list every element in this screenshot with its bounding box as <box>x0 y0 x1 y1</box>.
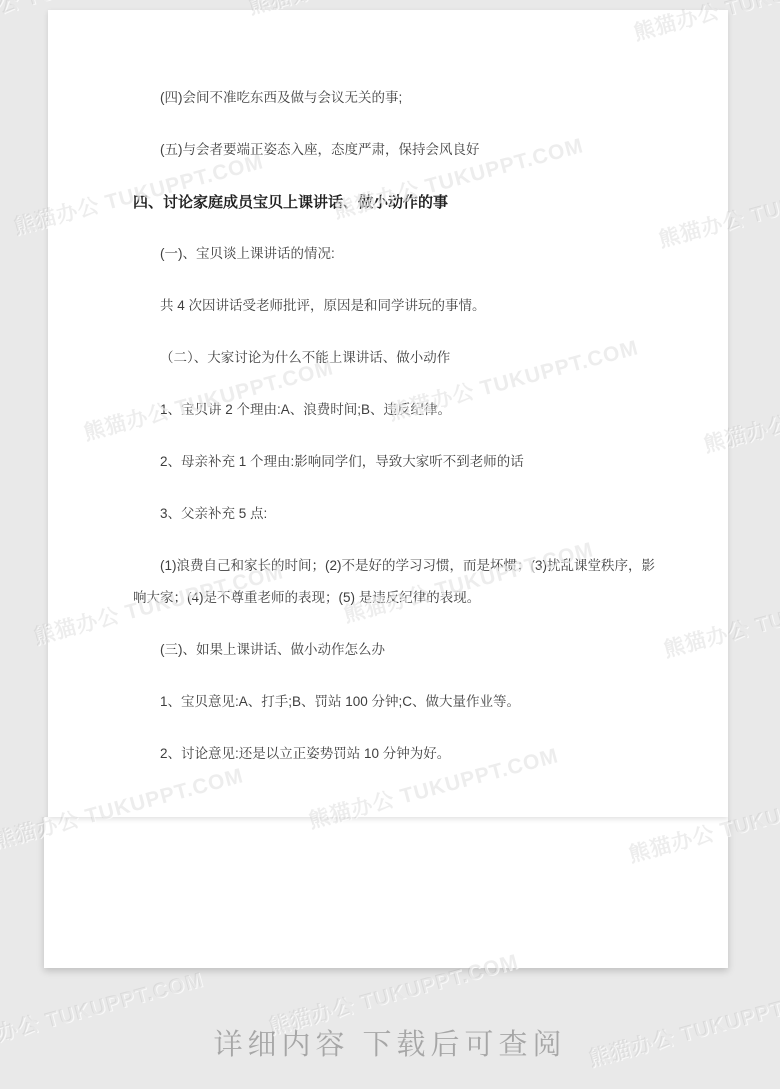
section-heading: 四、讨论家庭成员宝贝上课讲话、做小动作的事 <box>133 186 678 219</box>
document-paragraph: 2、母亲补充 1 个理由:影响同学们，导致大家听不到老师的话 <box>133 446 678 478</box>
document-paragraph: (三)、如果上课讲话、做小动作怎么办 <box>133 634 678 666</box>
document-paragraph: (1)浪费自己和家长的时间；(2)不是好的学习习惯，而是坏惯；(3)扰乱课堂秩序… <box>133 550 678 614</box>
document-paragraph: （二）、大家讨论为什么不能上课讲话、做小动作 <box>133 342 678 374</box>
document-paragraph: 3、父亲补充 5 点: <box>133 498 678 530</box>
document-paragraph: 2、讨论意见:还是以立正姿势罚站 10 分钟为好。 <box>133 738 678 770</box>
download-hint-text: 详细内容 下载后可查阅 <box>0 1022 780 1063</box>
document-paragraph: (一)、宝贝谈上课讲话的情况: <box>133 238 678 270</box>
document-paragraph: (五)与会者要端正姿态入座，态度严肃，保持会风良好 <box>133 134 678 166</box>
document-content: (四)会间不准吃东西及做与会议无关的事;(五)与会者要端正姿态入座，态度严肃，保… <box>133 82 678 770</box>
document-paragraph: 共 4 次因讲话受老师批评，原因是和同学讲玩的事情。 <box>133 290 678 322</box>
document-paragraph: 1、宝贝意见:A、打手;B、罚站 100 分钟;C、做大量作业等。 <box>133 686 678 718</box>
document-page: (四)会间不准吃东西及做与会议无关的事;(五)与会者要端正姿态入座，态度严肃，保… <box>48 10 728 817</box>
document-paragraph: (四)会间不准吃东西及做与会议无关的事; <box>133 82 678 114</box>
document-paragraph: 1、宝贝讲 2 个理由:A、浪费时间;B、违反纪律。 <box>133 394 678 426</box>
document-preview-viewer: (四)会间不准吃东西及做与会议无关的事;(五)与会者要端正姿态入座，态度严肃，保… <box>0 0 780 1089</box>
document-page-next <box>44 817 728 968</box>
